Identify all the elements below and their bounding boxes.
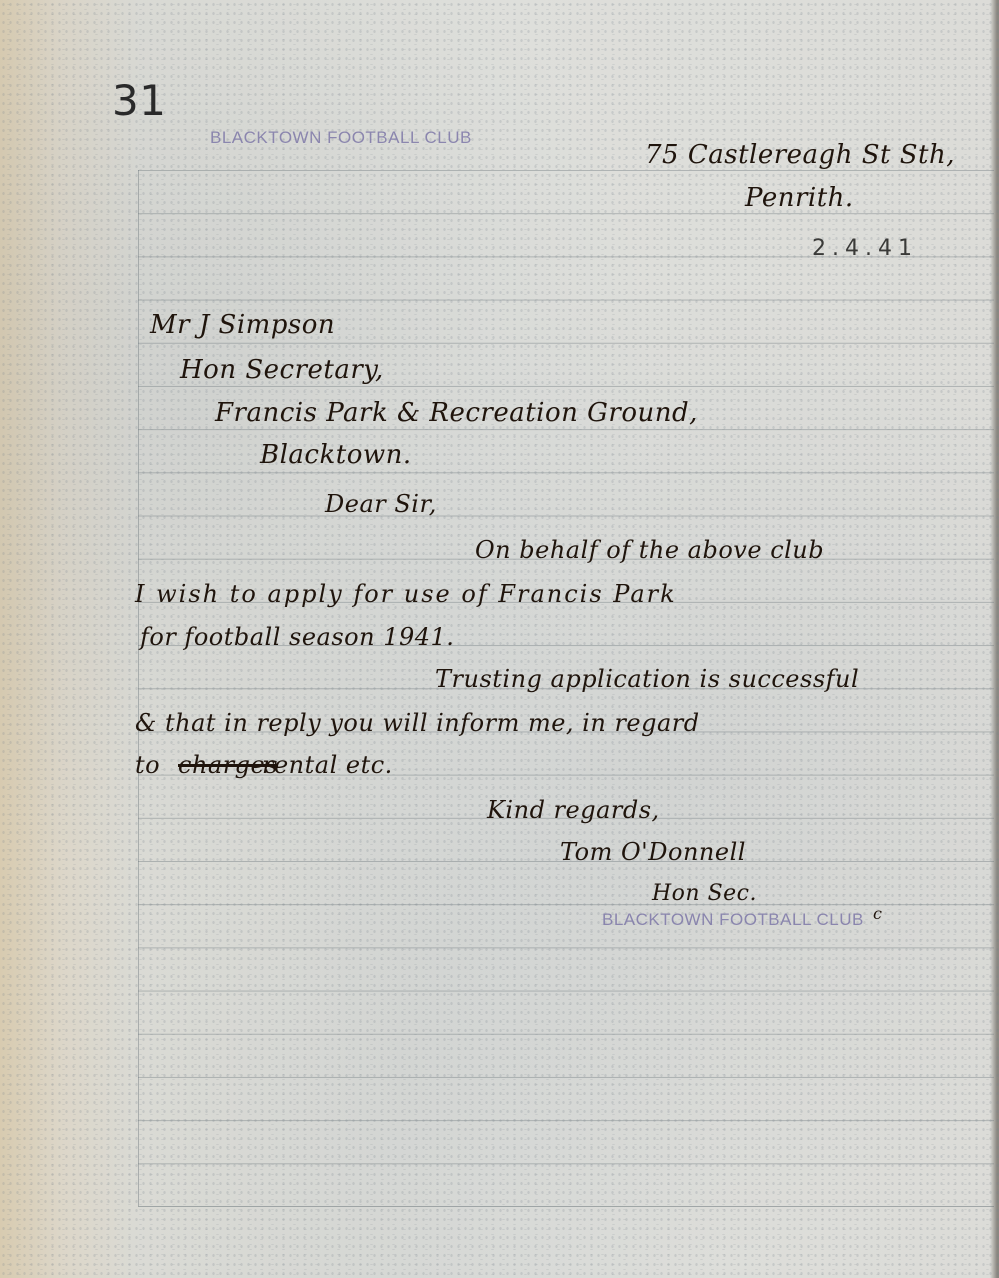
body-line-4: Trusting application is successful — [435, 665, 859, 693]
closing: Kind regards, — [487, 796, 660, 824]
body-line-3: for football season 1941. — [140, 623, 454, 651]
folio-number: 31 — [112, 76, 166, 125]
letter-date: 2.4.41 — [812, 236, 918, 261]
letter-paper: 31 BLACKTOWN FOOTBALL CLUB 75 Castlereag… — [0, 0, 999, 1278]
body-line-2: I wish to apply for use of Francis Park — [135, 580, 677, 608]
signature: Tom O'Donnell — [560, 838, 746, 866]
body-line-5: & that in reply you will inform me, in r… — [135, 709, 700, 737]
body-line-6-suffix: rental etc. — [262, 751, 393, 779]
body-line-1: On behalf of the above club — [475, 536, 824, 564]
footer-stamp: BLACKTOWN FOOTBALL CLUB — [602, 910, 864, 930]
stamp-mark: c — [873, 904, 882, 923]
recipient-organisation: Francis Park & Recreation Ground, — [215, 398, 698, 428]
salutation: Dear Sir, — [325, 490, 437, 518]
recipient-name: Mr J Simpson — [150, 310, 335, 340]
sender-address-line2: Penrith. — [745, 183, 854, 213]
letterhead-stamp: BLACKTOWN FOOTBALL CLUB — [210, 128, 472, 148]
body-line-6-prefix: to — [135, 751, 160, 779]
recipient-town: Blacktown. — [260, 440, 412, 470]
signatory-title: Hon Sec. — [652, 881, 757, 906]
sender-address-line1: 75 Castlereagh St Sth, — [645, 140, 955, 170]
recipient-title: Hon Secretary, — [180, 355, 384, 385]
